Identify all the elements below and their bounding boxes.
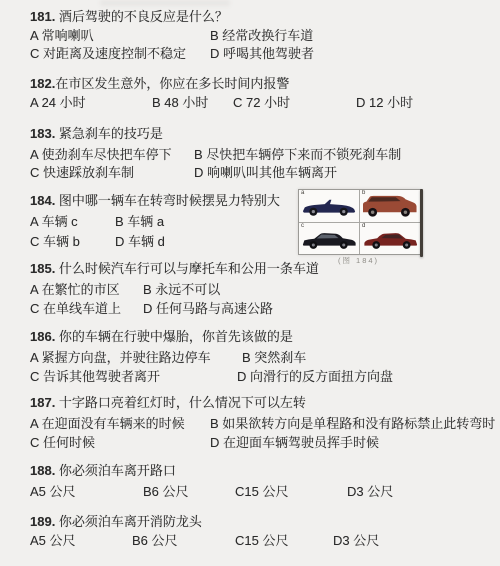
car-photo-d: d [360,223,420,255]
question-185-option-c: C 在单线车道上 [30,301,121,316]
question-number: 182. [30,76,55,91]
question-187-option-d: D 在迎面车辆驾驶员挥手时候 [210,435,379,450]
sedan-car-icon [362,225,419,252]
question-185-option-a: A 在繁忙的市区 [30,282,120,297]
question-181-option-b: B 经常改换行车道 [210,28,313,43]
question-number: 189. [30,514,55,529]
question-184-option-c: C 车辆 b [30,234,80,249]
car-label: c [301,223,304,230]
question-text: 你的车辆在行驶中爆胎，你首先该做的是 [55,329,293,344]
question-186-option-a: A 紧握方向盘，并驶往路边停车 [30,350,211,365]
question-189-option-d: D3 公尺 [333,533,379,548]
question-187-option-b: B 如果欲转方向是单程路和没有路标禁止此转弯时 [210,416,495,431]
question-184-option-d: D 车辆 d [115,234,165,249]
question-number: 187. [30,395,55,410]
question-182-title: 182.在市区发生意外，你应在多长时间内报警 [30,76,289,91]
question-text: 十字路口亮着红灯时，什么情况下可以左转 [55,395,306,410]
question-186-option-c: C 告诉其他驾驶者离开 [30,369,160,384]
question-184-option-a: A 车辆 c [30,214,78,229]
question-183-option-c: C 快速踩放刹车制 [30,165,134,180]
question-182-option-b: B 48 小时 [152,95,208,110]
scanned-test-page: 181. 酒后驾驶的不良反应是什么？ A 常响喇叭 B 经常改换行车道 C 对距… [0,0,500,566]
car-label: b [362,190,365,197]
scan-artifact-line [420,189,423,257]
question-text: 图中哪一辆车在转弯时候摆晃力特别大 [55,193,280,208]
question-187-option-c: C 任何时候 [30,435,95,450]
suv-car-icon [361,192,419,219]
question-number: 184. [30,193,55,208]
question-187-title: 187. 十字路口亮着红灯时，什么情况下可以左转 [30,395,306,410]
question-183-title: 183. 紧急刹车的技巧是 [30,126,163,141]
scan-smudge [100,0,230,6]
question-text: 紧急刹车的技巧是 [55,126,163,141]
question-184-title: 184. 图中哪一辆车在转弯时候摆晃力特别大 [30,193,280,208]
question-182-option-c: C 72 小时 [233,95,290,110]
question-181-option-a: A 常响喇叭 [30,28,94,43]
question-188-option-d: D3 公尺 [347,484,393,499]
question-185-option-d: D 任何马路与高速公路 [143,301,273,316]
car-photo-b: b [360,190,420,222]
question-189-title: 189. 你必须泊车离开消防龙头 [30,514,202,529]
question-186-title: 186. 你的车辆在行驶中爆胎，你首先该做的是 [30,329,293,344]
question-185-option-b: B 永远不可以 [143,282,220,297]
question-181-option-d: D 呼喝其他驾驶者 [210,46,314,61]
question-181-title: 181. 酒后驾驶的不良反应是什么？ [30,9,228,24]
question-183-option-d: D 响喇叭叫其他车辆离开 [194,165,337,180]
question-186-option-d: D 向滑行的反方面扭方向盘 [237,369,393,384]
question-184-option-b: B 车辆 a [115,214,164,229]
question-188-option-c: C15 公尺 [235,484,288,499]
sedan-car-icon [301,225,358,252]
question-number: 181. [30,9,55,24]
question-181-option-c: C 对距离及速度控制不稳定 [30,46,186,61]
question-189-option-c: C15 公尺 [235,533,288,548]
question-text: 你必须泊车离开路口 [55,463,176,478]
question-187-option-a: A 在迎面没有车辆来的时候 [30,416,185,431]
question-182-option-d: D 12 小时 [356,95,413,110]
question-183-option-b: B 尽快把车辆停下来而不锁死刹车制 [194,147,401,162]
car-photo-c: c [299,223,359,255]
question-188-option-a: A5 公尺 [30,484,76,499]
question-number: 188. [30,463,55,478]
question-189-option-b: B6 公尺 [132,533,178,548]
question-183-option-a: A 使劲刹车尽快把车停下 [30,147,172,162]
car-label: a [301,190,304,197]
question-186-option-b: B 突然刹车 [242,350,306,365]
question-189-option-a: A5 公尺 [30,533,76,548]
question-number: 186. [30,329,55,344]
car-label: d [362,223,365,230]
question-number: 185. [30,261,55,276]
question-number: 183. [30,126,55,141]
question-182-option-a: A 24 小时 [30,95,86,110]
question-text: 在市区发生意外，你应在多长时间内报警 [55,76,289,91]
question-text: 你必须泊车离开消防龙头 [55,514,202,529]
question-188-option-b: B6 公尺 [143,484,189,499]
question-188-title: 188. 你必须泊车离开路口 [30,463,176,478]
question-text: 酒后驾驶的不良反应是什么？ [55,9,228,24]
question-text: 什么时候汽车行可以与摩托车和公用一条车道 [55,261,319,276]
convertible-car-icon [301,192,358,219]
question-185-title: 185. 什么时候汽车行可以与摩托车和公用一条车道 [30,261,319,276]
car-photo-a: a [299,190,359,222]
cars-figure: a b c d [298,189,421,255]
